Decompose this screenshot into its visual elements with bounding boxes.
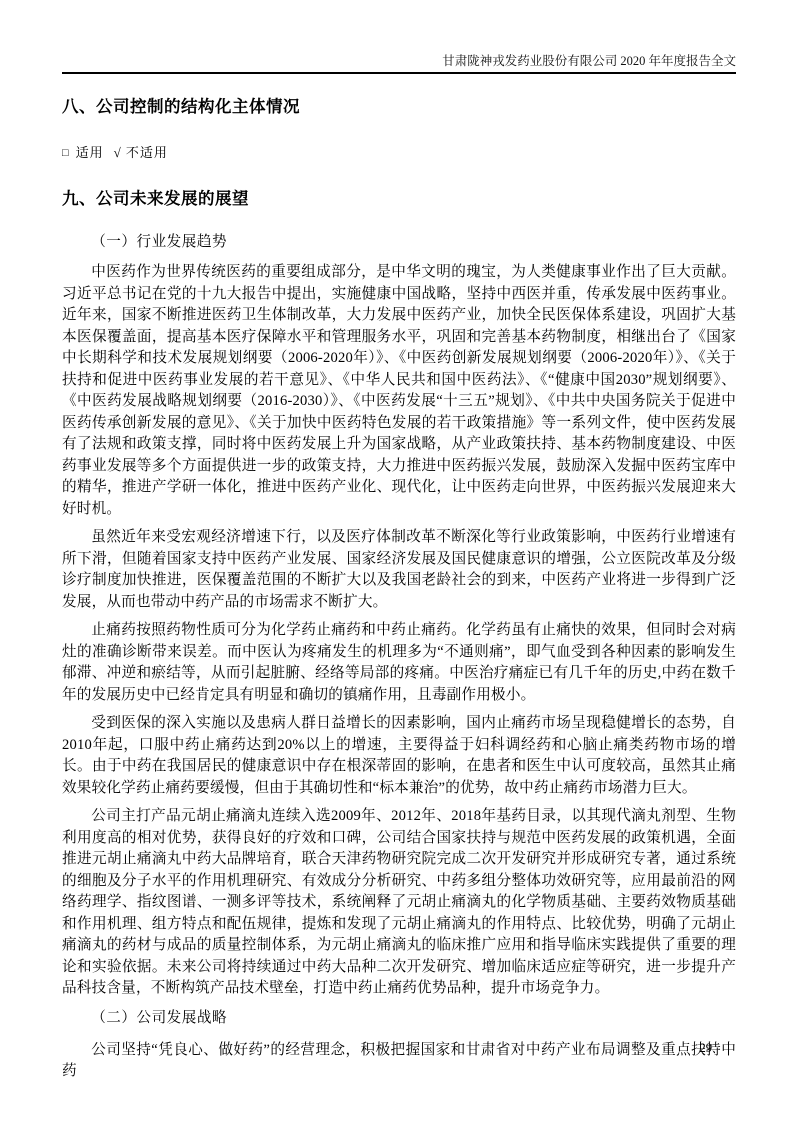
checkbox-unchecked-icon: □ [62, 147, 70, 159]
paragraph: 中医药作为世界传统医药的重要组成部分，是中华文明的瑰宝，为人类健康事业作出了巨大… [62, 262, 736, 520]
document-header-title: 甘肃陇神戎发药业股份有限公司 2020 年年度报告全文 [62, 0, 736, 69]
section-9-heading: 九、公司未来发展的展望 [62, 188, 736, 209]
subsection-2-heading: （二）公司发展战略 [62, 1008, 736, 1029]
not-applicable-label: 不适用 [126, 145, 168, 160]
section-8-heading: 八、公司控制的结构化主体情况 [62, 96, 736, 117]
report-page: 甘肃陇神戎发药业股份有限公司 2020 年年度报告全文 八、公司控制的结构化主体… [0, 0, 793, 1122]
subsection-1-heading: （一）行业发展趋势 [62, 232, 736, 253]
subsection-2-body: 公司坚持“凭良心、做好药”的经营理念，积极把握国家和甘肃省对中药产业布局调整及重… [62, 1040, 736, 1083]
paragraph: 止痛药按照药物性质可分为化学药止痛药和中药止痛药。化学药虽有止痛快的效果，但同时… [62, 620, 736, 706]
check-mark-icon: √ [114, 145, 122, 160]
applicable-label: 适用 [76, 145, 104, 160]
page-number: 29 [700, 1041, 713, 1056]
header-divider [62, 72, 736, 74]
paragraph: 虽然近年来受宏观经济增速下行，以及医疗体制改革不断深化等行业政策影响，中医药行业… [62, 527, 736, 613]
paragraph: 公司主打产品元胡止痛滴丸连续入选2009年、2012年、2018年基药目录，以其… [62, 806, 736, 1000]
applicability-note: □适用√不适用 [62, 144, 736, 163]
paragraph: 受到医保的深入实施以及患病人群日益增长的因素影响，国内止痛药市场呈现稳健增长的态… [62, 713, 736, 799]
paragraph: 公司坚持“凭良心、做好药”的经营理念，积极把握国家和甘肃省对中药产业布局调整及重… [62, 1040, 736, 1083]
page-content: 甘肃陇神戎发药业股份有限公司 2020 年年度报告全文 八、公司控制的结构化主体… [62, 0, 736, 1083]
subsection-1-body: 中医药作为世界传统医药的重要组成部分，是中华文明的瑰宝，为人类健康事业作出了巨大… [62, 262, 736, 1000]
